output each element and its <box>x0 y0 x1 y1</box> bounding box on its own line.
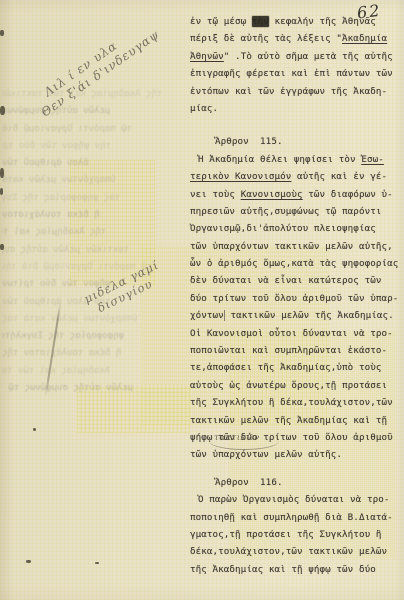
article-heading: Ἄρθρον 115. <box>190 133 402 150</box>
text-segment: τῶν ὑπαρχόντων τακτικῶν μελῶν αὐτῆς, <box>190 241 393 252</box>
text-segment: τε,ἀποφάσει τῆς Ἀκαδημίας,ὑπὸ τοὺς <box>190 362 381 373</box>
article-heading: Ἄρθρον 116. <box>190 474 402 491</box>
text-segment: δέκα,τουλάχιστον,τῶν τακτικῶν μελῶν <box>190 546 387 557</box>
typed-line: δέκα,τουλάχιστον,τῶν τακτικῶν μελῶν <box>190 543 402 560</box>
text-segment: ἐν τῷ μέσῳ <box>190 16 252 27</box>
text-segment: τῆς Ἀκαδημίας καὶ τῇ ψήφῳ τῶν δύο <box>190 564 376 575</box>
typed-line: ποποιηθῇ καὶ συμπληρωθῇ διὰ Β.Διατά- <box>190 509 402 526</box>
typed-line: Οἱ Κανονισμοὶ οὗτοι δύνανται νὰ τρο- <box>190 325 402 342</box>
text-segment: αὐτοὺς ὡς ἀνωτέρω ὅρους,τῇ προτάσει <box>190 380 387 391</box>
text-segment: Ἄρθρον 115. <box>215 136 283 147</box>
paper-speck <box>26 560 31 563</box>
typed-line: τῶν ὑπαρχόντων μελῶν αὐτῆς. <box>190 446 402 463</box>
text-segment: Ἡ Ἀκαδημία θέλει ψηφίσει τὸν <box>198 154 361 165</box>
paper-speck <box>0 188 3 195</box>
struck-out-word: τὴν <box>252 16 269 27</box>
typed-line: δὲν δύναται νὰ εἶναι κατώτερος τῶν <box>190 272 402 289</box>
text-segment: τακτικῶν μελῶν τῆς Ἀκαδημίας καὶ τῇ <box>190 415 387 426</box>
paper-speck <box>95 562 99 564</box>
underlined-text: Κανονισμοὺς <box>241 189 303 200</box>
underlined-text: Ἐσω- <box>361 154 384 165</box>
bleedthrough-line: μελῶν αὐτῆς συμφώνως τῷ παρόντι <box>2 380 133 397</box>
text-segment: γματος,τῇ προτάσει τῆς Συγκλήτου ἢ <box>190 529 381 540</box>
typed-line: ἐντόπων καὶ τῶν ἐγγράφων τῆς Ἀκαδη- <box>190 83 402 100</box>
text-segment: ποποιῶνται καὶ συμπληρῶνται ἑκάστο- <box>190 345 387 356</box>
text-segment: δὲν δύναται νὰ εἶναι κατώτερος τῶν <box>190 275 381 286</box>
typed-line: αὐτοὺς ὡς ἀνωτέρω ὅρους,τῇ προτάσει <box>190 377 402 394</box>
bleedthrough-line: ψῆφον τῶν δύο τρίτων <box>2 276 115 293</box>
text-segment: ἐντόπων καὶ τῶν ἐγγράφων τῆς Ἀκαδη- <box>190 86 387 97</box>
text-segment: ἐπιγραφῆς φέρεται καὶ ἐπὶ πάντων τῶν <box>190 68 393 79</box>
underlined-text: Ἀκαδημία <box>342 33 387 44</box>
text-segment: Οἱ Κανονισμοὶ οὗτοι δύνανται νὰ τρο- <box>190 328 393 339</box>
text-segment: χόντων <box>190 310 224 321</box>
bleedthrough-line: ὑπαρχόντων μελῶν κατὰ τὰς <box>2 311 161 328</box>
text-segment: " .Τὸ αὐτὸ σῆμα μετὰ τῆς αὐτῆς <box>224 51 393 62</box>
text-segment: τῶν ὑπαρχόντων μελῶν αὐτῆς. <box>190 449 342 460</box>
text-segment: ποποιηθῇ καὶ συμπληρωθῇ διὰ Β.Διατά- <box>190 512 393 523</box>
paper-speck <box>33 428 36 431</box>
bleedthrough-line: τῆς Ἀκαδημίας καὶ τῶν <box>2 224 106 241</box>
typed-line: τῆς Συγκλήτου ἢ δέκα,τουλάχιστον,τῶν <box>190 394 402 411</box>
bleedthrough-line: τῷ παρόντι Ὀργανισμῷ διὰ <box>2 121 148 138</box>
typed-line: πηρεσιῶν αὐτῆς,συμφώνως τῷ παρόντι <box>190 203 402 220</box>
text-segment: ὧν ὁ ἀριθμός ὅμως,κατὰ τὰς ψηφοφορίας <box>190 258 398 269</box>
typed-line: χόντων τακτικῶν μελῶν τῆς Ἀκαδημίας. <box>190 307 402 324</box>
typed-line: ὧν ὁ ἀριθμός ὅμως,κατὰ τὰς ψηφοφορίας <box>190 255 402 272</box>
scanned-page: τῆς Ἀκαδημίας καὶ τῶν τακτικῶν μελῶν αὐτ… <box>0 0 404 600</box>
bleedthrough-line: μελῶν αὐτῆς συμφώνως <box>2 103 125 120</box>
bleedthrough-line: Ἀκαδημίας καὶ τῶν τακτικῶν <box>2 363 110 380</box>
text-segment: τῶν διαφόρων ὑ- <box>303 189 393 200</box>
text-segment: πέριξ δὲ αὐτῆς τὰς λέξεις " <box>190 33 342 44</box>
text-segment: μίας. <box>190 103 218 114</box>
text-segment: αὐτῆς καὶ ἐν γέ- <box>291 171 387 182</box>
text-segment: Ὁ παρὼν Ὀργανισμὸς δύναται νὰ τρο- <box>198 494 389 505</box>
typed-line: τῆς Ἀκαδημίας καὶ τῇ ψήφῳ τῶν δύο <box>190 561 402 578</box>
typed-text: ἐν τῷ μέσῳ τὴν κεφαλήν τῆς Ἀθηνᾶςπέριξ δ… <box>190 13 402 578</box>
typed-line: πέριξ δὲ αὐτῆς τὰς λέξεις "Ἀκαδημία <box>190 30 402 47</box>
bleedthrough-line: τῷ παρόντι Ὀργανισμῷ διὰ τὴν <box>2 259 152 276</box>
typed-line: Ὁ παρὼν Ὀργανισμὸς δύναται νὰ τρο- <box>190 491 402 508</box>
bleedthrough-line: τοῦ ὅλου ἀριθμοῦ τῶν <box>2 294 138 311</box>
bleedthrough-line: ἢ δέκα τουλάχιστον τῆς <box>2 345 147 362</box>
paper-speck <box>0 168 4 178</box>
grid-texture-patch <box>77 385 190 433</box>
typed-line: γματος,τῇ προτάσει τῆς Συγκλήτου ἢ <box>190 526 402 543</box>
paper-speck <box>0 106 5 115</box>
typed-line: νει τοὺς Κανονισμοὺς τῶν διαφόρων ὑ- <box>190 186 402 203</box>
pencil-margin-stroke <box>45 302 62 396</box>
pencil-note-mid-line1: μιδελα γαμί <box>82 236 205 306</box>
text-segment: Ἄρθρον 116. <box>215 477 283 488</box>
paper-speck <box>0 30 4 36</box>
underlined-text: τερικὸν Κανονισμόν <box>190 171 291 182</box>
text-segment: Ὀργανισμῷ,δι'ἀπολύτου πλειοψηφίας <box>190 223 376 234</box>
bleedthrough-line: τῆς Ἀκαδημίας καὶ τῶν τακτικῶν <box>2 86 162 103</box>
bleedthrough-line: ψηφοφορίας τῆς Συγκλήτου <box>2 328 124 345</box>
bleedthrough-line: τὰς ψηφοφορίας τῆς Συγκλήτου <box>2 190 120 207</box>
bleedthrough-text: τῆς Ἀκαδημίας καὶ τῶν τακτικῶν μελῶν αὐτ… <box>2 86 188 397</box>
bleedthrough-line: τὴν ψῆφον τῶν δύο τρίτων τοῦ <box>2 138 111 155</box>
typed-line: μίας. <box>190 100 402 117</box>
grid-texture-patch <box>70 160 155 285</box>
typed-line: ποποιῶνται καὶ συμπληρῶνται ἑκάστο- <box>190 342 402 359</box>
typed-line: τακτικῶν μελῶν τῆς Ἀκαδημίας καὶ τῇ <box>190 412 402 429</box>
typed-line: δύο τρίτων τοῦ ὅλου ἀριθμοῦ τῶν ὑπαρ- <box>190 290 402 307</box>
typed-line: τῶν ὑπαρχόντων τακτικῶν μελῶν αὐτῆς, <box>190 238 402 255</box>
bleedthrough-line: ὅλου ἀριθμοῦ τῶν <box>2 155 134 172</box>
pencil-insertion-word: τακτικῶν <box>214 433 260 443</box>
bleedthrough-line: ὑπαρχόντων μελῶν κατὰ <box>2 172 157 189</box>
underlined-text: Ἀθηνῶν <box>190 51 224 62</box>
text-segment: δύο τρίτων τοῦ ὅλου ἀριθμοῦ τῶν ὑπαρ- <box>190 293 398 304</box>
typed-line: Ἀθηνῶν" .Τὸ αὐτὸ σῆμα μετὰ τῆς αὐτῆς <box>190 48 402 65</box>
text-segment: πηρεσιῶν αὐτῆς,συμφώνως τῷ παρόντι <box>190 206 381 217</box>
paper-speck <box>0 244 4 250</box>
typed-line: Ἡ Ἀκαδημία θέλει ψηφίσει τὸν Ἐσω- <box>190 151 402 168</box>
typed-line: ἐπιγραφῆς φέρεται καὶ ἐπὶ πάντων τῶν <box>190 65 402 82</box>
text-segment: νει τοὺς <box>190 189 241 200</box>
typed-line: τε,ἀποφάσει τῆς Ἀκαδημίας,ὑπὸ τοὺς <box>190 359 402 376</box>
text-segment: τακτικῶν μελῶν τῆς Ἀκαδημίας. <box>230 310 393 321</box>
text-segment: τῆς Συγκλήτου ἢ δέκα,τουλάχιστον,τῶν <box>190 397 393 408</box>
page-number: 62 <box>356 1 382 23</box>
typed-line: τερικὸν Κανονισμόν αὐτῆς καὶ ἐν γέ- <box>190 168 402 185</box>
typed-line: Ὀργανισμῷ,δι'ἀπολύτου πλειοψηφίας <box>190 220 402 237</box>
bleedthrough-line: ἢ δέκα τουλάχιστον <box>2 207 143 224</box>
bleedthrough-line: τακτικῶν μελῶν αὐτῆς συμφώνως <box>2 242 129 259</box>
